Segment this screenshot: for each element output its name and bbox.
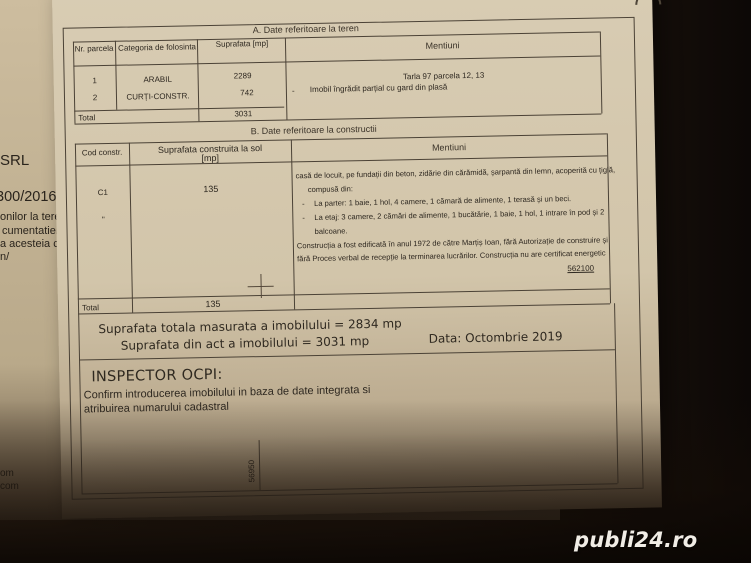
mentiuni-b-intro2: compusă din: (308, 184, 353, 194)
mentiuni-a-dash: - (292, 86, 295, 95)
bullet-1-dash: - (302, 199, 305, 208)
left-line-2: cumentatiei (2, 225, 58, 237)
row1-categoria: ARABIL (118, 74, 198, 85)
bullet-2b: balcoane. (315, 226, 348, 236)
vertical-number: 56950 (247, 460, 256, 482)
left-footer-1: om (0, 468, 14, 479)
row2-categoria: CURȚI-CONSTR. (118, 91, 198, 102)
col-suprafata-constr: Suprafata construita la sol [mp] (155, 144, 265, 164)
total-b-label: Total (82, 303, 99, 312)
total-a-value: 3031 (200, 109, 286, 120)
inspector-title: INSPECTOR OCPI: (91, 367, 223, 386)
row2-nr: 2 (74, 93, 116, 103)
watermark-logo: publi24.ro (574, 528, 697, 552)
col-suprafata: Suprafata [mp] (199, 40, 285, 50)
doc-number: 300/2016 (0, 189, 56, 205)
col-cod-constr: Cod constr. (75, 149, 129, 158)
left-line-3: a acesteia cu (0, 238, 65, 250)
col-nr-parcela: Nr. parcela (73, 45, 115, 54)
col-categoria: Categoria de folosinta (117, 43, 197, 53)
row2-suprafata: 742 (204, 87, 290, 98)
row-mark: " (76, 215, 130, 225)
section-a-title: A. Date referitoare la teren (253, 23, 359, 35)
left-line-4: n/ (0, 251, 9, 263)
total-a-label: Total (78, 113, 95, 122)
stamp-number: 562100 (567, 264, 594, 274)
company-suffix: SRL (0, 152, 29, 169)
row-c1-cod: C1 (76, 188, 130, 198)
left-footer-2: com (0, 481, 19, 492)
bullet-2-dash: - (302, 213, 305, 222)
document-date: Data: Octombrie 2019 (429, 329, 563, 346)
row1-nr: 1 (74, 76, 116, 86)
row1-suprafata: 2289 (200, 71, 286, 82)
cadastral-document: A. Date referitoare la teren Nr. parcela… (52, 0, 662, 519)
